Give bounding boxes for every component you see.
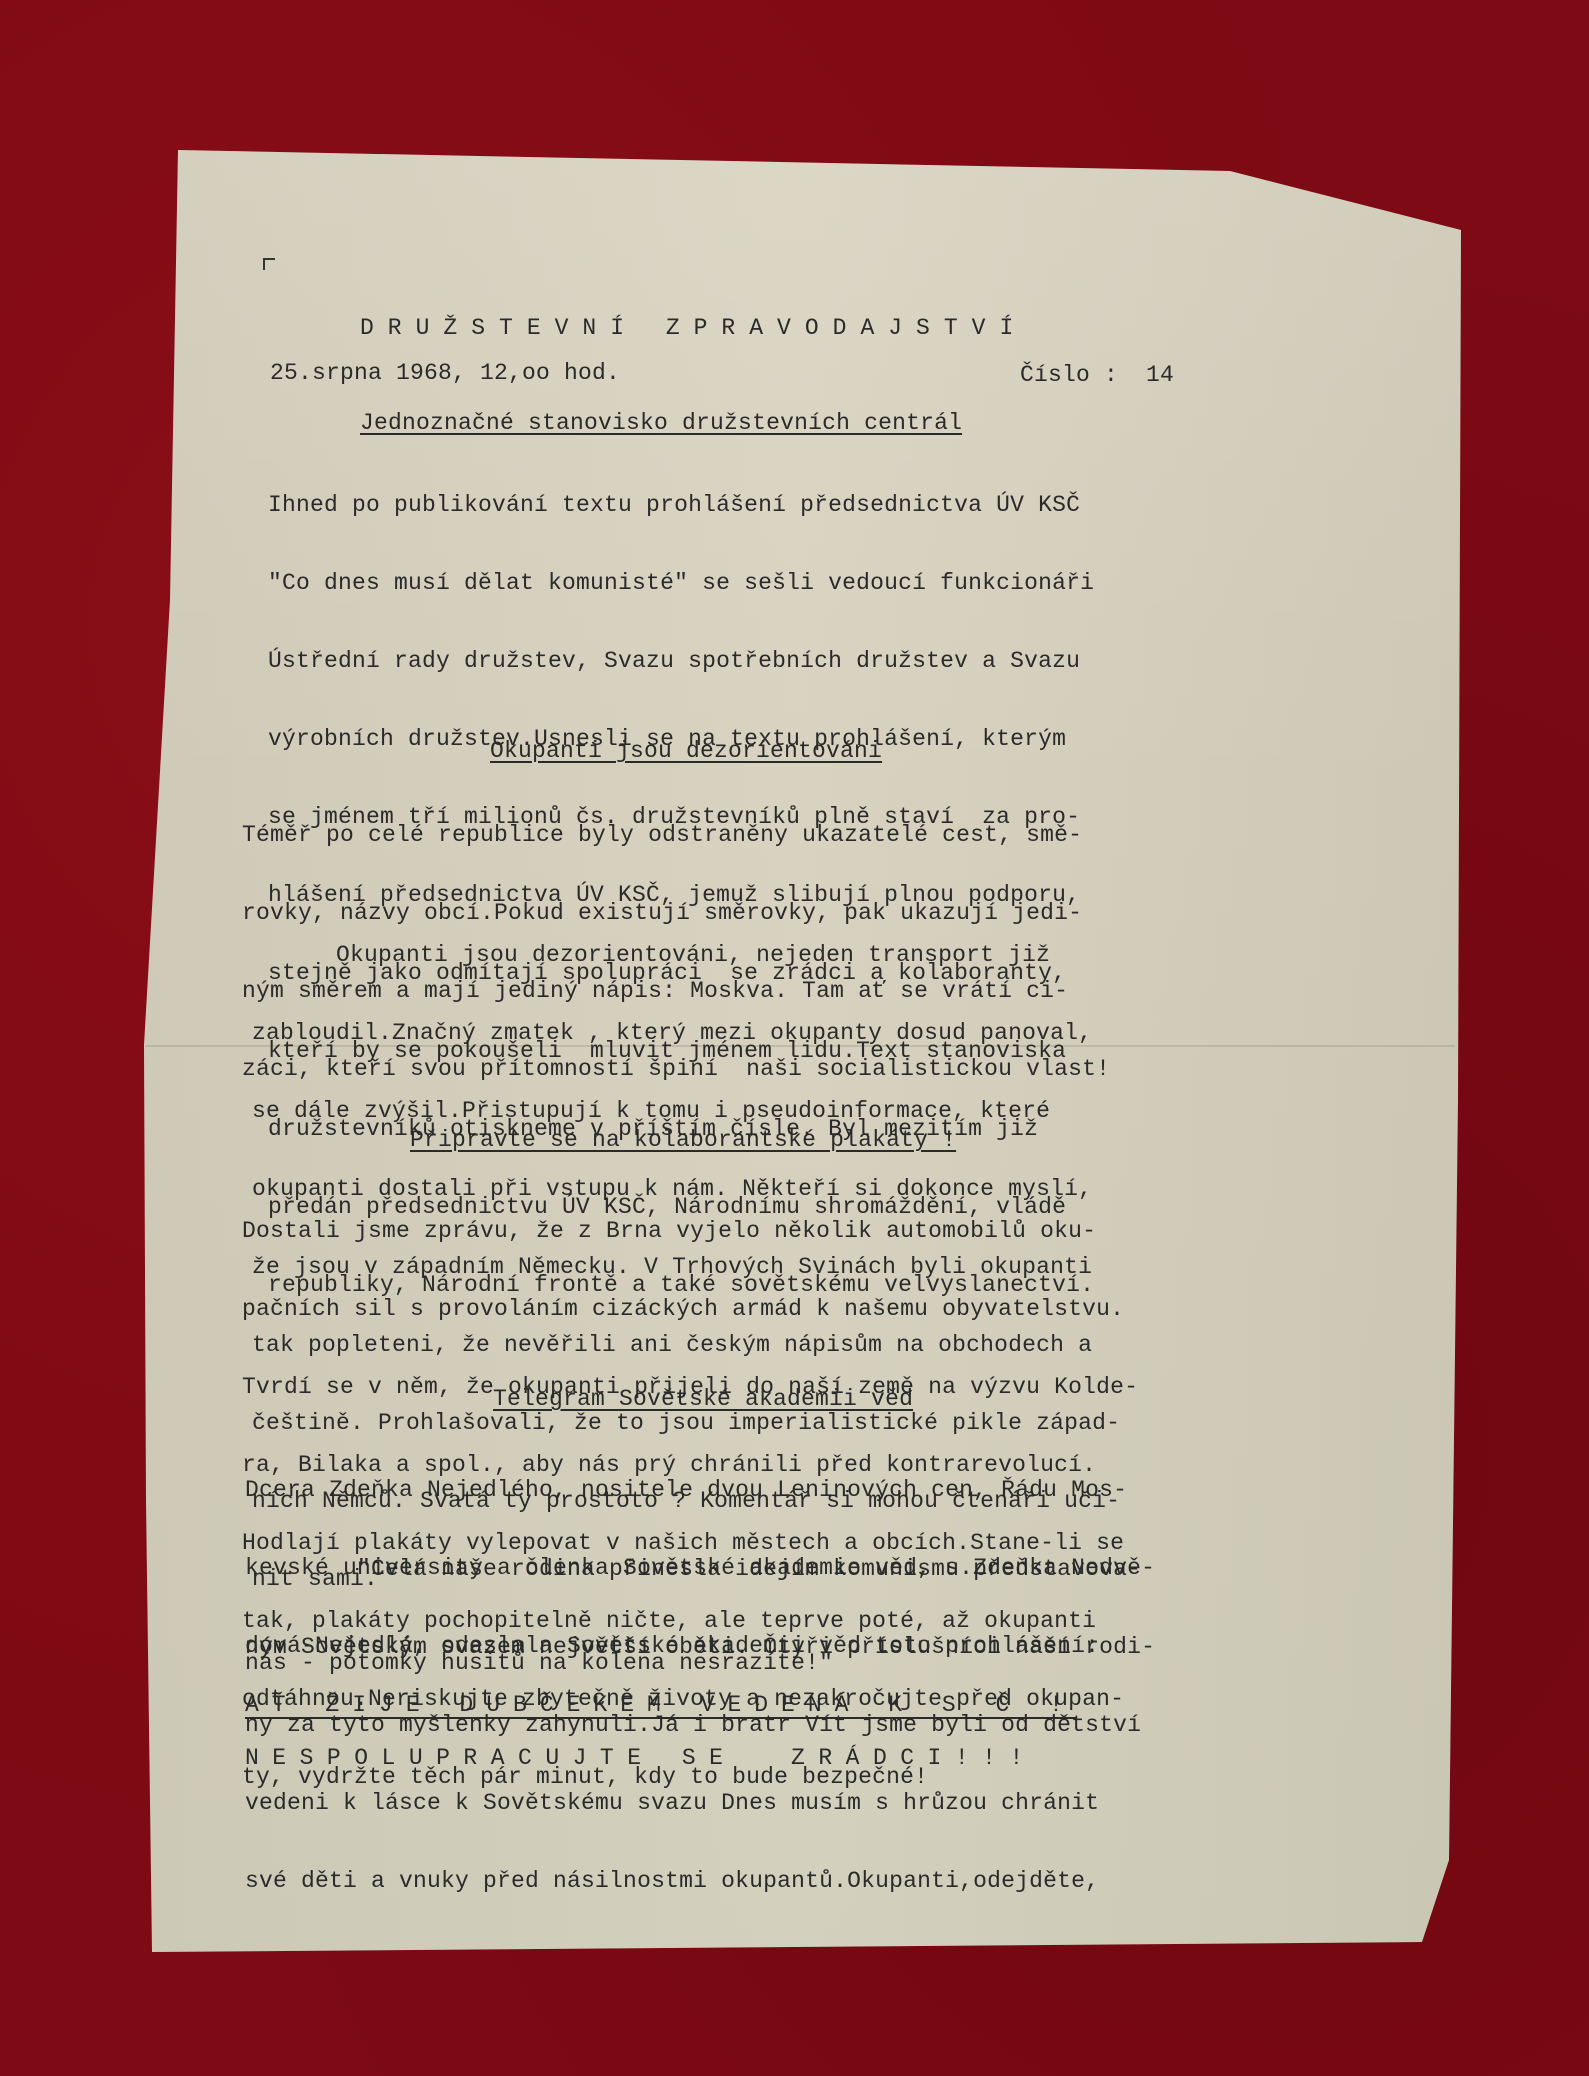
text-line: pačních sil s provoláním cizáckých armád… [242,1296,1138,1322]
section-heading-3: Připravte se na kolaborantské plakáty ! [410,1127,956,1153]
text-line: Dcera Zdeňka Nejedlého, nositele dvou Le… [245,1477,1155,1503]
telegram-quote-end: nás - potomky husitů na kolena nesrazíte… [245,1650,833,1676]
text-line: Ústřední rady družstev, Svazu spotřebníc… [268,648,1094,674]
text-line: Okupanti jsou dezorientováni, nejeden tr… [252,942,1120,968]
text-line: zabloudil.Značný zmatek , který mezi oku… [252,1020,1120,1046]
section-heading-2: Okupanti jsou dezorientováni [490,738,882,764]
text-line: své děti a vnuky před násilnostmi okupan… [245,1868,1155,1894]
text-line: Ihned po publikování textu prohlášení př… [268,492,1094,518]
text-line: Dostali jsme zprávu, že z Brna vyjelo ně… [242,1218,1138,1244]
issue-number: Číslo : 14 [1020,362,1174,388]
slogan-no-collaboration: NESPOLUPRACUJTE SE ZRÁDCI!!! [245,1745,1037,1771]
document-title: DRUŽSTEVNÍ ZPRAVODAJSTVÍ [360,315,1027,341]
text-line: "Co dnes musí dělat komunisté" se sešli … [268,570,1094,596]
text-line: Téměř po celé republice byly odstraněny … [242,822,1110,848]
corner-mark [263,258,275,270]
document-date: 25.srpna 1968, 12,oo hod. [270,360,620,386]
section-heading-1: Jednoznačné stanovisko družstevních cent… [360,410,962,436]
slogan-dubcek: AŤ ŽIJE DUBČEKEM VEDENÁ K S Č ! [245,1692,1076,1718]
text-line: se dále zvýšil.Přistupují k tomu i pseud… [252,1098,1120,1124]
section-heading-4: Telegram Sovětské akademii věd [493,1386,913,1412]
text-line: "Celá naše rodina přinesla idejím komuni… [245,1556,1155,1582]
text-line: vedeni k lásce k Sovětskému svazu Dnes m… [245,1790,1155,1816]
